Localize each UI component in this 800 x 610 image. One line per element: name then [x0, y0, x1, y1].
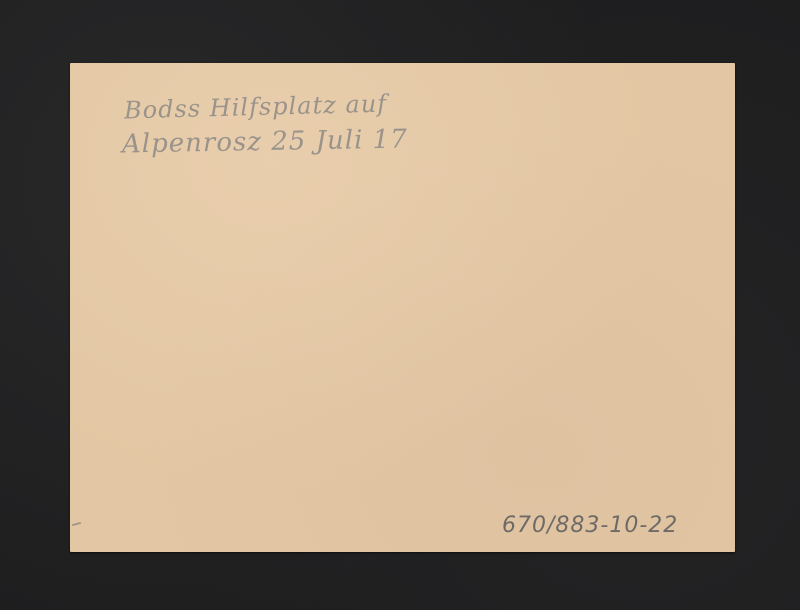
pencil-mark — [72, 522, 81, 526]
handwritten-line-1: Bodss Hilfsplatz auf — [124, 90, 388, 125]
handwritten-line-2: Alpenrosz 25 Juli 17 — [122, 125, 408, 160]
archive-number: 670/883-10-22 — [502, 513, 678, 538]
index-card: Bodss Hilfsplatz auf Alpenrosz 25 Juli 1… — [70, 63, 735, 552]
